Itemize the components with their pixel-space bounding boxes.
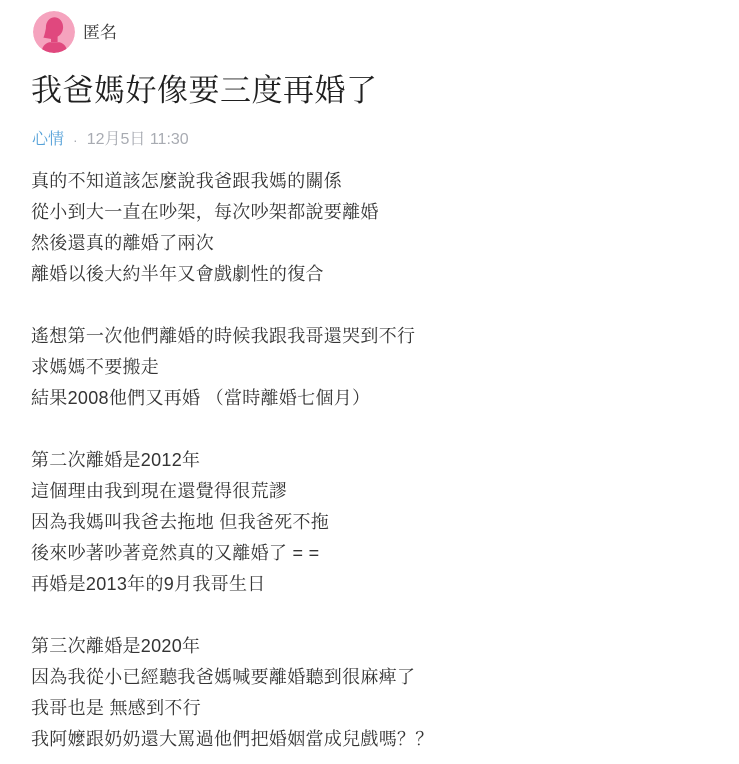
- post-timestamp: 12月5日 11:30: [87, 131, 189, 149]
- post-header: 匿名: [33, 11, 117, 53]
- topic-link[interactable]: 心情: [32, 131, 64, 149]
- post-page: 匿名 我爸媽好像要三度再婚了 心情 · 12月5日 11:30 真的不知道該怎麼…: [0, 0, 739, 764]
- nickname-label: 匿名: [83, 24, 117, 41]
- meta-separator: ·: [73, 131, 78, 149]
- post-body: 真的不知道該怎麼說我爸跟我媽的關係 從小到大一直在吵架，每次吵架都說要離婚 然後…: [31, 166, 711, 755]
- post-meta: 心情 · 12月5日 11:30: [32, 131, 189, 149]
- anonymous-avatar: [33, 11, 75, 53]
- post-title: 我爸媽好像要三度再婚了: [31, 72, 378, 110]
- person-silhouette-icon: [33, 11, 75, 53]
